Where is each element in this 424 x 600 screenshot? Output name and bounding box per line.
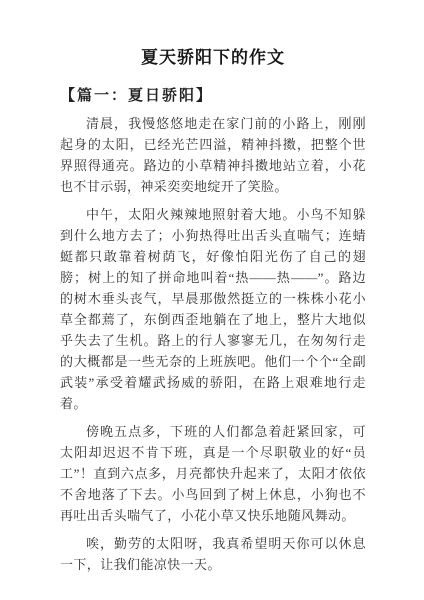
document-title: 夏天骄阳下的作文: [60, 46, 366, 70]
section-heading: 【篇一：夏日骄阳】: [60, 86, 366, 106]
paragraph-closing: 唉，勤劳的太阳呀，我真希望明天你可以休息一下，让我们能凉快一天。: [60, 533, 366, 575]
paragraph-evening: 傍晚五点多，下班的人们都急着赶紧回家，可太阳却迟迟不肯下班，真是一个尽职敬业的好…: [60, 421, 366, 526]
paragraph-noon: 中午，太阳火辣辣地照射着大地。小鸟不知躲到什么地方去了；小狗热得吐出舌头直喘气；…: [60, 204, 366, 414]
paragraph-morning: 清晨，我慢悠悠地走在家门前的小路上，刚刚起身的太阳，已经光芒四溢，精神抖擞，把整…: [60, 113, 366, 197]
document-page: 夏天骄阳下的作文 【篇一：夏日骄阳】 清晨，我慢悠悠地走在家门前的小路上，刚刚起…: [0, 0, 424, 600]
